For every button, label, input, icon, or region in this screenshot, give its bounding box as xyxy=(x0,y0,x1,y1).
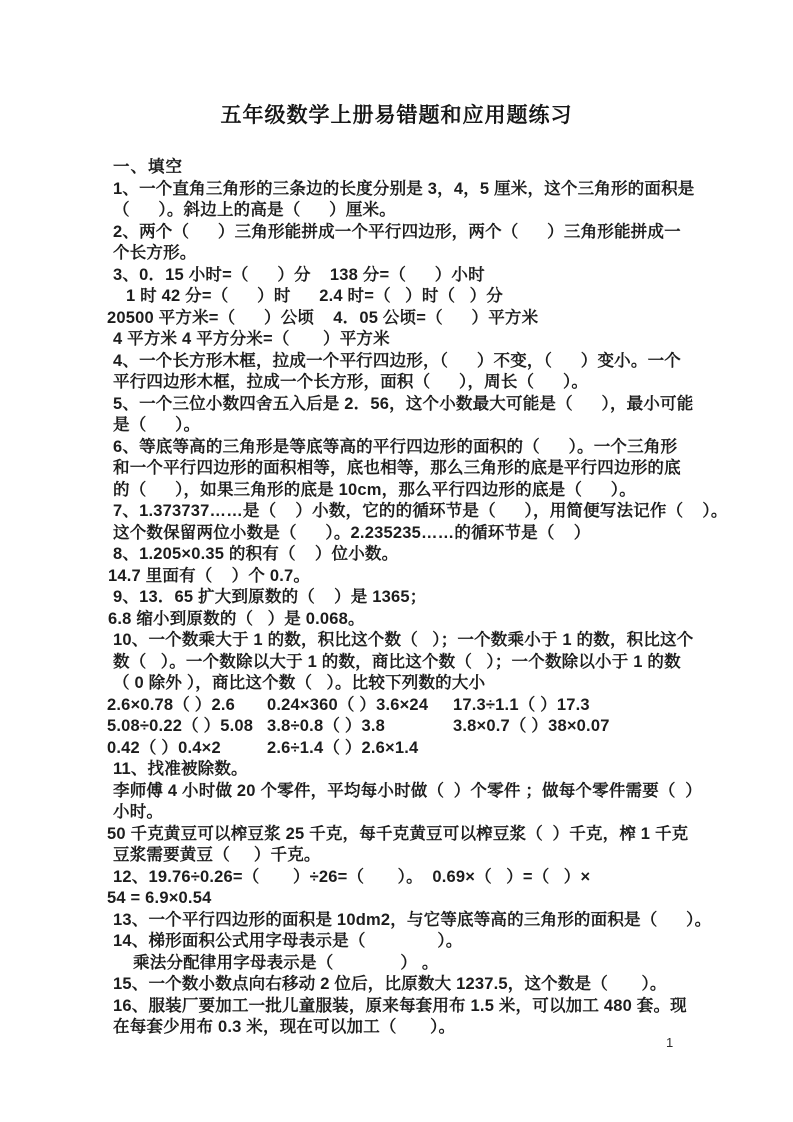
text-line: 3、0．15 小时=（ ）分 138 分=（ ）小时 xyxy=(113,265,683,287)
page-number: 1 xyxy=(666,1035,673,1050)
text-line: 数（ ）。一个数除以大于 1 的数，商比这个数（ ）；一个数除以小于 1 的数 xyxy=(113,652,683,674)
text-line: 14、梯形面积公式用字母表示是（ ）。 xyxy=(113,931,683,953)
comparison-row: 0.42（ ）0.4×22.6÷1.4（ ）2.6×1.4 xyxy=(107,738,683,760)
text-line: 11、找准被除数。 xyxy=(113,759,683,781)
text-line: 4 平方米 4 平方分米=（ ）平方米 xyxy=(113,329,683,351)
question-lines: 1、一个直角三角形的三条边的长度分别是 3，4，5 厘米，这个三角形的面积是（ … xyxy=(113,179,683,1039)
text-line: 小时。 xyxy=(113,802,683,824)
text-line: （ 0 除外 ），商比这个数（ ）。比较下列数的大小 xyxy=(113,673,683,695)
text-line: 50 千克黄豆可以榨豆浆 25 千克，每千克黄豆可以榨豆浆（ ）千克，榨 1 千… xyxy=(107,824,683,846)
text-line: 13、一个平行四边形的面积是 10dm2，与它等底等高的三角形的面积是（ ）。 xyxy=(113,910,683,932)
text-line: 这个数保留两位小数是（ ）。2.235235……的循环节是（ ） xyxy=(113,523,683,545)
text-line: 10、一个数乘大于 1 的数，积比这个数（ ）；一个数乘小于 1 的数，积比这个 xyxy=(113,630,683,652)
text-line: 4、一个长方形木框，拉成一个平行四边形，（ ）不变，（ ）变小。一个 xyxy=(113,351,683,373)
text-line: 9、13．65 扩大到原数的（ ）是 1365； xyxy=(113,587,683,609)
comparison-item: 0.42（ ）0.4×2 xyxy=(107,738,267,760)
section-heading: 一、填空 xyxy=(113,157,683,179)
comparison-item: 2.6×0.78（ ）2.6 xyxy=(107,695,267,717)
text-line: 的（ ），如果三角形的底是 10cm，那么平行四边形的底是（ ）。 xyxy=(113,480,683,502)
text-line: 6、等底等高的三角形是等底等高的平行四边形的面积的（ ）。一个三角形 xyxy=(113,437,683,459)
text-line: 和一个平行四边形的面积相等，底也相等，那么三角形的底是平行四边形的底 xyxy=(113,458,683,480)
comparison-row: 2.6×0.78（ ）2.60.24×360（ ）3.6×2417.3÷1.1（… xyxy=(107,695,683,717)
text-line: 5、一个三位小数四舍五入后是 2．56，这个小数最大可能是（ ），最小可能 xyxy=(113,394,683,416)
text-line: 14.7 里面有（ ）个 0.7。 xyxy=(108,566,683,588)
text-line: 8、1.205×0.35 的积有（ ）位小数。 xyxy=(113,544,683,566)
text-line: 豆浆需要黄豆（ ）千克。 xyxy=(113,845,683,867)
text-line: 1、一个直角三角形的三条边的长度分别是 3，4，5 厘米，这个三角形的面积是 xyxy=(113,179,683,201)
text-line: 2、两个（ ）三角形能拼成一个平行四边形，两个（ ）三角形能拼成一 xyxy=(113,222,683,244)
text-line: （ ）。斜边上的高是（ ）厘米。 xyxy=(113,200,683,222)
text-line: 54 = 6.9×0.54 xyxy=(107,888,683,910)
text-line: 7、1.373737……是（ ）小数，它的的循环节是（ ），用简便写法记作（ ）… xyxy=(113,501,683,523)
text-line: 李师傅 4 小时做 20 个零件，平均每小时做（ ）个零件 ；做每个零件需要（ … xyxy=(113,781,683,803)
comparison-row: 5.08÷0.22（ ）5.083.8÷0.8（ ）3.83.8×0.7（ ）3… xyxy=(107,716,683,738)
text-line: 15、一个数小数点向右移动 2 位后，比原数大 1237.5，这个数是（ ）。 xyxy=(113,974,683,996)
text-line: 12、19.76÷0.26=（ ）÷26=（ ）。 0.69×（ ）=（ ）× xyxy=(113,867,683,889)
document-body: 一、填空 1、一个直角三角形的三条边的长度分别是 3，4，5 厘米，这个三角形的… xyxy=(113,157,683,1039)
text-line: 1 时 42 分=（ ）时 2.4 时=（ ）时（ ）分 xyxy=(126,286,683,308)
text-line: 乘法分配律用字母表示是（ ） 。 xyxy=(133,953,683,975)
text-line: 16、服装厂要加工一批儿童服装，原来每套用布 1.5 米，可以加工 480 套。… xyxy=(113,996,683,1018)
comparison-item: 17.3÷1.1（ ）17.3 xyxy=(453,695,590,717)
text-line: 个长方形。 xyxy=(113,243,683,265)
comparison-item: 3.8÷0.8（ ）3.8 xyxy=(267,716,453,738)
text-line: 20500 平方米=（ ）公顷 4．05 公顷=（ ）平方米 xyxy=(107,308,683,330)
text-line: 在每套少用布 0.3 米，现在可以加工（ ）。 xyxy=(113,1017,683,1039)
worksheet-page: 五年级数学上册易错题和应用题练习 一、填空 1、一个直角三角形的三条边的长度分别… xyxy=(0,0,793,1122)
page-title: 五年级数学上册易错题和应用题练习 xyxy=(0,99,793,129)
comparison-item: 5.08÷0.22（ ）5.08 xyxy=(107,716,267,738)
comparison-item: 2.6÷1.4（ ）2.6×1.4 xyxy=(267,738,453,760)
comparison-item: 0.24×360（ ）3.6×24 xyxy=(267,695,453,717)
text-line: 6.8 缩小到原数的（ ）是 0.068。 xyxy=(108,609,683,631)
comparison-item: 3.8×0.7（ ）38×0.07 xyxy=(453,716,610,738)
text-line: 平行四边形木框，拉成一个长方形，面积（ ），周长（ ）。 xyxy=(113,372,683,394)
text-line: 是（ ）。 xyxy=(113,415,683,437)
